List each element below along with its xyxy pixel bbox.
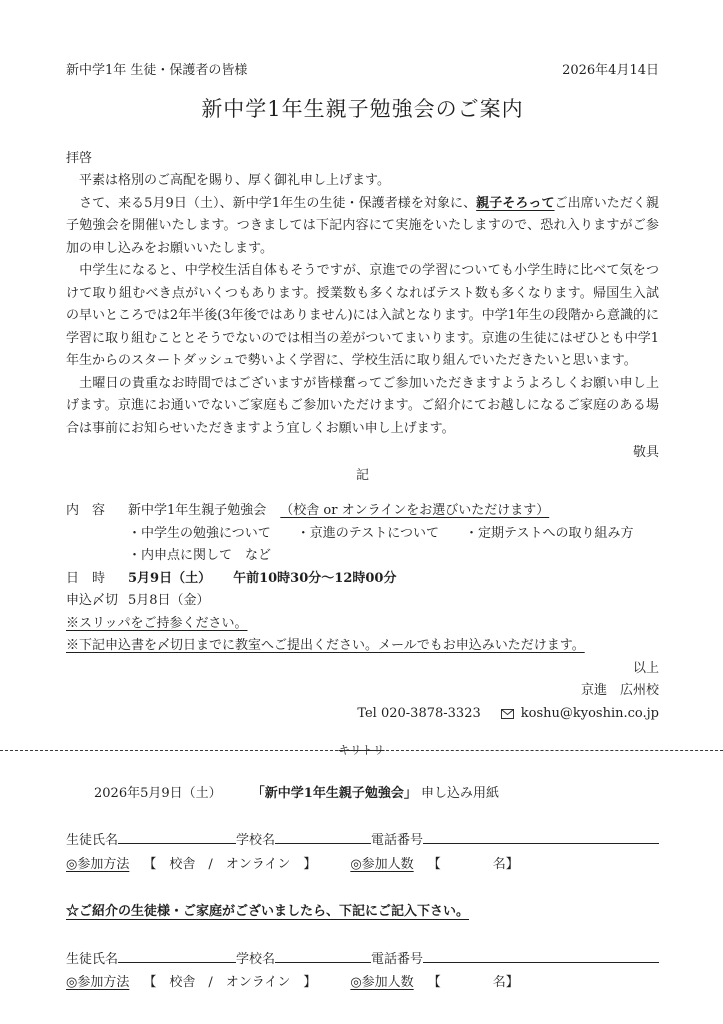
form1-phone-field: 電話番号 (371, 828, 659, 853)
content-label: 内 容 (66, 500, 128, 523)
student-name-label: 生徒氏名 (66, 949, 118, 972)
participation-method-label: ◎参加方法 (66, 972, 129, 995)
form2-phone-field: 電話番号 (371, 947, 659, 972)
student-name-blank (118, 947, 236, 963)
form-block-1: 生徒氏名 学校名 電話番号 ◎参加方法 【 校舎 / オンライン 】 ◎参加人数… (66, 828, 659, 876)
deadline-label: 申込〆切 (66, 590, 128, 613)
topic-bullets-row: ・中学生の勉強について ・京進のテストについて ・定期テストへの取り組み方 (66, 523, 659, 546)
school-name-blank (275, 828, 371, 844)
form1-student-name-field: 生徒氏名 (66, 828, 236, 853)
form1-options-row: ◎参加方法 【 校舎 / オンライン 】 ◎参加人数 【 名】 (66, 854, 659, 877)
participation-method-options: 【 校舎 / オンライン 】 (143, 972, 316, 995)
record-mark: 記 (66, 465, 659, 488)
date-line: 2026年4月14日 (562, 60, 659, 83)
cut-line-dashes-left (0, 750, 338, 751)
email-icon (501, 709, 514, 719)
application-form-heading: 2026年5月9日（土） 「新中学1年生親子勉強会」 申し込み用紙 (66, 783, 659, 806)
paragraph-announcement: さて、来る5月9日（土）、新中学1年生の生徒・保護者様を対象に、親子そろってご出… (66, 193, 659, 261)
participant-count-label: ◎参加人数 (350, 972, 413, 995)
paragraph-request: 土曜日の貴重なお時間ではございますが皆様奮ってご参加いただきますようよろしくお願… (66, 373, 659, 441)
note-slippers: ※スリッパをご持参ください。 (66, 613, 659, 636)
document-page: 新中学1年 生徒・保護者の皆様 2026年4月14日 新中学1年生親子勉強会のご… (0, 0, 723, 1024)
form2-school-name-field: 学校名 (236, 947, 371, 972)
form2-fields-row: 生徒氏名 学校名 電話番号 (66, 947, 659, 972)
datetime-date: 5月9日（土） (128, 568, 211, 591)
paragraph-greeting: 平素は格別のご高配を賜り、厚く御礼申し上げます。 (66, 170, 659, 193)
recipient-line: 新中学1年 生徒・保護者の皆様 (66, 60, 247, 83)
school-name-label: 学校名 (236, 949, 275, 972)
form1-school-name-field: 学校名 (236, 828, 371, 853)
form-block-2: 生徒氏名 学校名 電話番号 ◎参加方法 【 校舎 / オンライン 】 ◎参加人数… (66, 947, 659, 995)
contact-line: Tel 020-3878-3323 koshu@kyoshin.co.jp (66, 703, 659, 726)
participation-method-label: ◎参加方法 (66, 854, 129, 877)
document-header: 新中学1年 生徒・保護者の皆様 2026年4月14日 (66, 60, 659, 83)
student-name-blank (118, 828, 236, 844)
note-submit-text: ※下記申込書を〆切日までに教室へご提出ください。メールでもお申込みいただけます。 (66, 638, 585, 653)
form2-options-row: ◎参加方法 【 校舎 / オンライン 】 ◎参加人数 【 名】 (66, 972, 659, 995)
participant-count-label: ◎参加人数 (350, 854, 413, 877)
letter-body: 拝啓 平素は格別のご高配を賜り、厚く御礼申し上げます。 さて、来る5月9日（土）… (66, 148, 659, 488)
paragraph-junior-high: 中学生になると、中学校生活自体もそうですが、京進での学習についても小学生時に比べ… (66, 260, 659, 373)
note-submit: ※下記申込書を〆切日までに教室へご提出ください。メールでもお申込みいただけます。 (66, 635, 659, 658)
phone-blank (423, 947, 659, 963)
participant-count-blank: 【 名】 (428, 972, 519, 995)
deadline-value: 5月8日（金） (128, 590, 210, 613)
form-heading-title: 「新中学1年生親子勉強会」 (252, 786, 417, 801)
details-section: 内 容 新中学1年生親子勉強会 （校舎 or オンラインをお選びいただけます） … (66, 500, 659, 725)
content-value: 新中学1年生親子勉強会 (128, 500, 266, 523)
school-name-label: 学校名 (236, 830, 275, 853)
content-note: （校舎 or オンラインをお選びいただけます） (280, 500, 549, 523)
phone-blank (423, 828, 659, 844)
document-title: 新中学1年生親子勉強会のご案内 (66, 94, 659, 124)
phone-label: 電話番号 (371, 949, 423, 972)
topic-bullet-3: ・定期テストへの取り組み方 (465, 523, 633, 546)
form-heading-date: 2026年5月9日（土） (94, 786, 222, 801)
paragraph-announcement-start: さて、来る5月9日（土）、新中学1年生の生徒・保護者様を対象に、 (66, 196, 476, 211)
form-heading-suffix: 申し込み用紙 (421, 786, 499, 801)
school-name-blank (275, 947, 371, 963)
participant-count-blank: 【 名】 (428, 854, 519, 877)
signature-school: 京進 広州校 (66, 680, 659, 703)
note-slippers-text: ※スリッパをご持参ください。 (66, 616, 247, 631)
referral-note: ☆ご紹介の生徒様・ご家庭がございましたら、下記にご記入下さい。 (66, 901, 659, 924)
datetime-row: 日 時 5月9日（土） 午前10時30分～12時00分 (66, 568, 659, 591)
cut-line-dashes-right (386, 750, 723, 751)
topic-bullet-2: ・京進のテストについて (297, 523, 439, 546)
cut-line-label: キリトリ (338, 739, 386, 762)
emphasis-oyako-sorotte: 親子そろって (476, 196, 554, 211)
form1-fields-row: 生徒氏名 学校名 電話番号 (66, 828, 659, 853)
form2-student-name-field: 生徒氏名 (66, 947, 236, 972)
salutation: 拝啓 (66, 148, 659, 171)
topic-bullet-4: ・内申点に関して など (66, 545, 659, 568)
participation-method-options: 【 校舎 / オンライン 】 (143, 854, 316, 877)
end-mark: 以上 (66, 658, 659, 681)
content-row: 内 容 新中学1年生親子勉強会 （校舎 or オンラインをお選びいただけます） (66, 500, 659, 523)
student-name-label: 生徒氏名 (66, 830, 118, 853)
deadline-row: 申込〆切 5月8日（金） (66, 590, 659, 613)
closing-keigu: 敬具 (66, 442, 659, 465)
datetime-time: 午前10時30分～12時00分 (233, 568, 396, 591)
tel-number: Tel 020-3878-3323 (357, 703, 480, 726)
datetime-label: 日 時 (66, 568, 128, 591)
email-address: koshu@kyoshin.co.jp (521, 703, 659, 726)
topic-bullet-1: ・中学生の勉強について (128, 523, 271, 546)
phone-label: 電話番号 (371, 830, 423, 853)
cut-line: キリトリ (0, 739, 723, 762)
